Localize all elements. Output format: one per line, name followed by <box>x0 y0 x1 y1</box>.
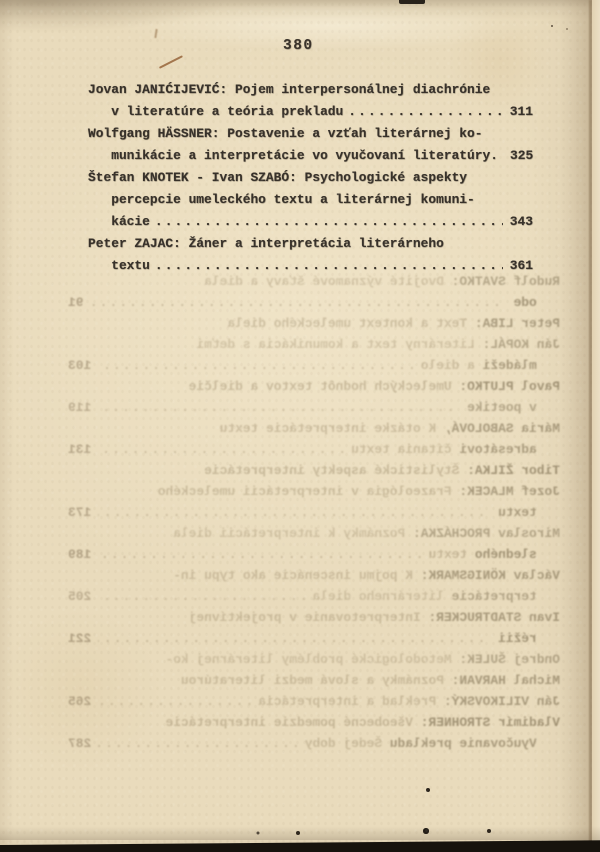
bleedthrough-line: Vyučovanie prekladu Šedej doby..........… <box>68 736 560 757</box>
bleedthrough-line: Jozef MLACEK: Frazeológia v interpretáci… <box>68 484 560 505</box>
handwritten-slash-mark <box>159 55 183 69</box>
bleedthrough-line: Ján KOPÁL: Literárny text a komunikácia … <box>68 337 560 358</box>
scan-edge-bottom-black-bar <box>0 839 600 852</box>
toc-line: percepcie umeleckého textu a literárnej … <box>88 192 533 214</box>
bleedthrough-line: Pavol PLUTKO: Umeleckých hodnôt textov a… <box>68 379 560 400</box>
toc-line: kácie...................................… <box>88 214 533 236</box>
page-number: 380 <box>283 38 314 54</box>
bleedthrough-line: Tibor ŽILKA: Štylistické aspekty interpr… <box>68 463 560 484</box>
bleedthrough-line: Václav KÖNIGSMARK: K pojmu inscenácie ak… <box>68 568 560 589</box>
toc-line: munikácie a interpretácie vo vyučovaní l… <box>88 148 533 170</box>
bleedthrough-line: ode ....................................… <box>68 295 560 316</box>
ink-specks <box>0 0 2 2</box>
bleedthrough-line: Michal HARVAN: Poznámky a slová medzi li… <box>68 673 560 694</box>
scan-edge-right-strip <box>592 0 600 852</box>
bleedthrough-line: adresátovi čítania textu................… <box>68 442 560 463</box>
bleedthrough-line: v poetike ..............................… <box>68 400 560 421</box>
toc-line: Peter ZAJAC: Žáner a interpretácia liter… <box>88 236 533 258</box>
bleedthrough-line: terpretácie literárneho diela...........… <box>68 589 560 610</box>
toc-line: textu...................................… <box>88 258 533 280</box>
toc-line: Wolfgang HÄSSNER: Postavenie a vzťah lit… <box>88 126 533 148</box>
bleedthrough-line: Ivan STADTRUCKER: Interpretovanie v proj… <box>68 610 560 631</box>
bleedthrough-line: mládeži a dielo.........................… <box>68 358 560 379</box>
bleedthrough-line: réžii ..................................… <box>68 631 560 652</box>
bleedthrough-line: Miroslav PROCHÁZKA: Poznámky k interpret… <box>68 526 560 547</box>
bleedthrough-line: Ján VILIKOVSKÝ: Preklad a interpretácia.… <box>68 694 560 715</box>
scan-edge-top-black-mark <box>399 0 425 4</box>
scan-edge-bottom-shadow <box>0 826 600 840</box>
toc-line: Jovan JANIĆIJEVIĆ: Pojem interpersonálne… <box>88 82 533 104</box>
bleedthrough-line: Peter LIBA: Text a kontext umeleckého di… <box>68 316 560 337</box>
toc-line: Štefan KNOTEK - Ivan SZABÓ: Psychologick… <box>88 170 533 192</box>
scan-edge-right-shading <box>560 0 592 852</box>
bleedthrough-line: sledného textu..........................… <box>68 547 560 568</box>
table-of-contents: Jovan JANIĆIJEVIĆ: Pojem interpersonálne… <box>88 82 533 280</box>
scanned-page: Rudolf SVATKO: Dvojité významové šťavy a… <box>0 0 600 852</box>
bleedthrough-line: Ondrej ŠULEK: Metodologické problémy lit… <box>68 652 560 673</box>
toc-line: v literatúre a teória prekladu..........… <box>88 104 533 126</box>
bleedthrough-line: Vladimír STROHNER: Všeobecné pomedzie in… <box>68 715 560 736</box>
bleedthrough-line: textu ..................................… <box>68 505 560 526</box>
paper-fiber-mark <box>154 29 157 38</box>
bleedthrough-line: Mária SABOLOVÁ, K otázke interpretácie t… <box>68 421 560 442</box>
